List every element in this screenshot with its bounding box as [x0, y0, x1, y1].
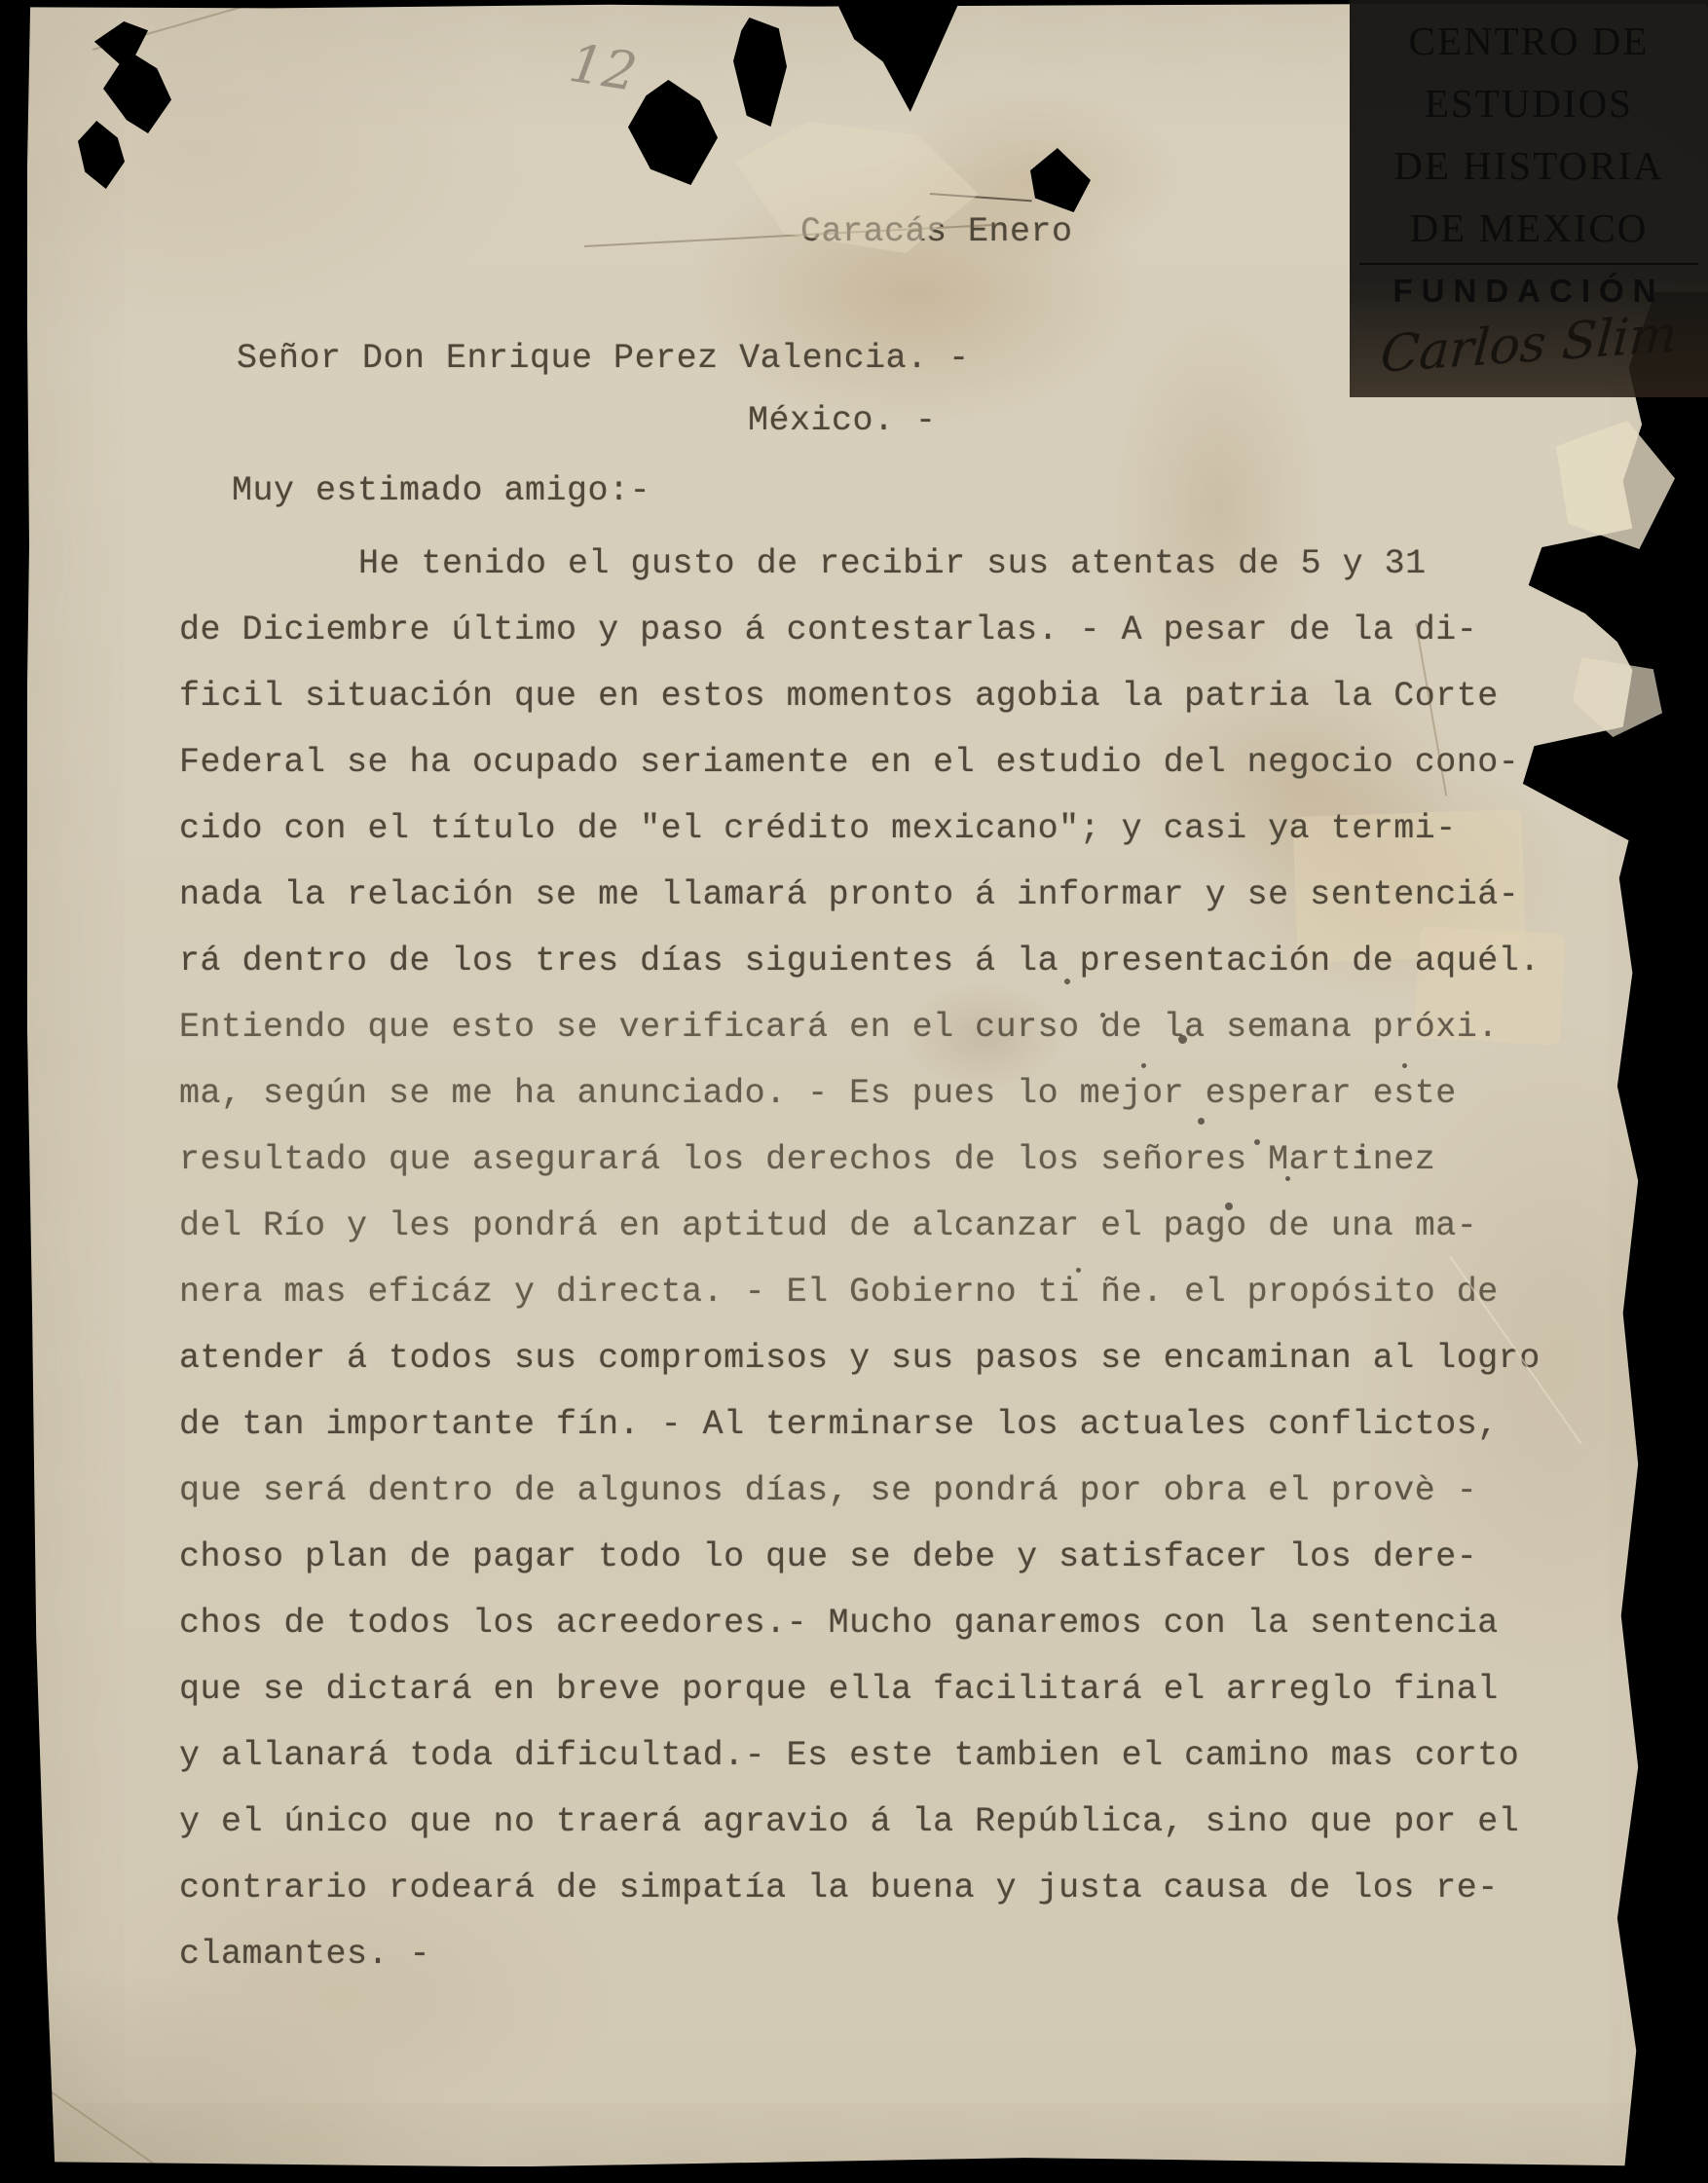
foundation-label: FUNDACIÓN: [1350, 273, 1708, 310]
watermark-divider: [1359, 263, 1698, 265]
watermark-title-line: DE MEXICO: [1350, 197, 1708, 259]
body-line: nera mas eficáz y directa. - El Gobierno…: [179, 1270, 1541, 1336]
ink-dot: [1198, 1118, 1205, 1125]
body-line: y allanará toda dificultad.- Es este tam…: [179, 1733, 1541, 1799]
body-line: que será dentro de algunos días, se pond…: [179, 1468, 1541, 1535]
body-line: nada la relación se me llamará pronto á …: [179, 872, 1541, 939]
body-line: Federal se ha ocupado seriamente en el e…: [179, 740, 1541, 806]
ink-dot: [1254, 1139, 1260, 1145]
body-line: resultado que asegurará los derechos de …: [179, 1137, 1541, 1203]
body-line: clamantes. -: [179, 1932, 1541, 1998]
body-line: de Diciembre último y paso á contestarla…: [179, 608, 1541, 674]
body-line: contrario rodeará de simpatía la buena y…: [179, 1866, 1541, 1932]
ink-dot: [1402, 1063, 1407, 1068]
ink-dot: [1100, 1013, 1105, 1017]
watermark-title-line: CENTRO DE: [1350, 10, 1708, 72]
archive-watermark: CENTRO DE ESTUDIOS DE HISTORIA DE MEXICO…: [1350, 0, 1708, 397]
body-line: que se dictará en breve porque ella faci…: [179, 1667, 1541, 1733]
watermark-title-line: ESTUDIOS: [1350, 72, 1708, 134]
ink-dot: [1076, 1268, 1081, 1273]
body-line: cido con el título de "el crédito mexica…: [179, 806, 1541, 872]
recipient-line: Señor Don Enrique Perez Valencia. -: [237, 339, 970, 378]
body-line: de tan importante fín. - Al terminarse l…: [179, 1402, 1541, 1468]
watermark-title-line: DE HISTORIA: [1350, 134, 1708, 197]
city-line: México. -: [748, 401, 937, 440]
body-line: rá dentro de los tres días siguientes á …: [179, 939, 1541, 1005]
ink-dot: [1358, 1149, 1364, 1155]
ink-dot: [1141, 1063, 1146, 1068]
body-line: Entiendo que esto se verificará en el cu…: [179, 1005, 1541, 1071]
body-line: atender á todos sus compromisos y sus pa…: [179, 1336, 1541, 1402]
page-annotation: 12: [565, 32, 641, 103]
body-line: choso plan de pagar todo lo que se debe …: [179, 1535, 1541, 1601]
body-line: He tenido el gusto de recibir sus atenta…: [179, 541, 1541, 608]
body-line: del Río y les pondrá en aptitud de alcan…: [179, 1203, 1541, 1270]
body-line: y el único que no traerá agravio á la Re…: [179, 1799, 1541, 1866]
letter-body: He tenido el gusto de recibir sus atenta…: [179, 541, 1541, 1998]
salutation: Muy estimado amigo:-: [232, 471, 650, 510]
body-line: ma, según se me ha anunciado. - Es pues …: [179, 1071, 1541, 1137]
ink-dot: [1064, 979, 1070, 984]
document-scan: 12 Caracás Enero Señor Don Enrique Perez…: [0, 0, 1708, 2183]
founder-signature: Carlos Slim: [1348, 303, 1708, 387]
ink-dot: [1178, 1035, 1187, 1044]
body-line: chos de todos los acreedores.- Mucho gan…: [179, 1601, 1541, 1667]
watermark-title: CENTRO DE ESTUDIOS DE HISTORIA DE MEXICO: [1350, 0, 1708, 259]
ink-dot: [1285, 1176, 1290, 1181]
body-line: ficil situación que en estos momentos ag…: [179, 674, 1541, 740]
ink-dot: [1225, 1202, 1233, 1210]
